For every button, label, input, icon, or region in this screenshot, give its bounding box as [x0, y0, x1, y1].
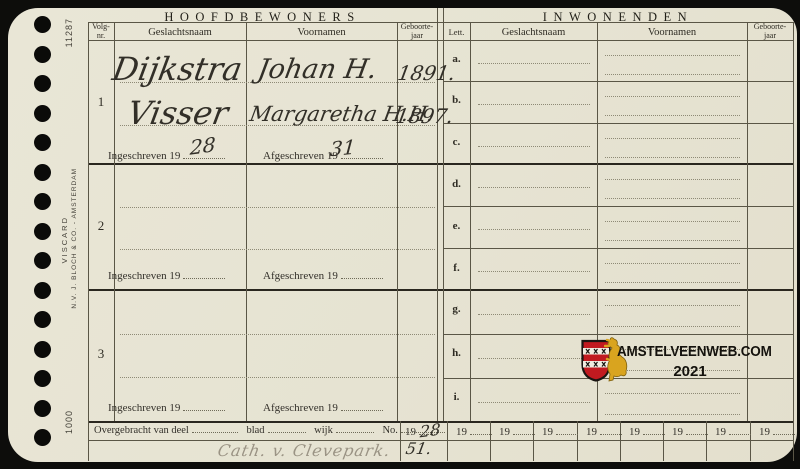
- register-card: 11287 1000 VISCARD N.V. J. BLOCH & CO. -…: [8, 8, 797, 462]
- year-cell-4: 19: [586, 426, 622, 438]
- serial-number-top: 11287: [64, 18, 74, 47]
- punch-hole: [34, 75, 51, 92]
- year-cell-2: 19: [499, 426, 535, 438]
- entry-1-geboortejaar: 1891.: [396, 61, 457, 85]
- address-pencil: Cath. v. Clevepark.: [216, 441, 392, 460]
- col-geslachtsnaam-right: Geslachtsnaam: [470, 27, 597, 38]
- overgebracht-row: Overgebracht van deel blad wijk No.: [94, 425, 445, 436]
- punch-hole: [34, 164, 51, 181]
- letter-g: g.: [443, 303, 470, 315]
- letter-c: c.: [443, 136, 470, 148]
- printer-company: N.V. J. BLOCH & CO. - AMSTERDAM: [71, 168, 78, 309]
- letter-h: h.: [443, 347, 470, 359]
- punch-hole: [34, 193, 51, 210]
- punch-hole: [34, 311, 51, 328]
- entry-2-geslachtsnaam: Visser: [125, 94, 232, 132]
- punch-hole: [34, 341, 51, 358]
- house-number: 51.: [404, 439, 433, 458]
- punch-hole: [34, 223, 51, 240]
- afgeschreven-label-2: Afgeschreven 19: [263, 270, 383, 282]
- row-number-2: 2: [88, 218, 114, 234]
- year-cell-7: 19: [715, 426, 751, 438]
- year-cell-8: 19: [759, 426, 795, 438]
- letter-d: d.: [443, 178, 470, 190]
- col-volgnr: Volg-nr.: [88, 23, 114, 40]
- afgeschreven-label-3: Afgeschreven 19: [263, 402, 383, 414]
- serial-number-bottom: 1000: [64, 410, 74, 434]
- afgeschreven-year-1: 31: [329, 135, 356, 162]
- year-cell-3: 19: [542, 426, 578, 438]
- ingeschreven-label-3: Ingeschreven 19: [108, 402, 225, 414]
- letter-i: i.: [443, 391, 470, 403]
- punch-hole: [34, 134, 51, 151]
- punch-holes: [34, 16, 51, 446]
- amstelveenweb-watermark: AMSTELVEENWEB.COM 2021: [581, 336, 791, 386]
- punch-hole: [34, 282, 51, 299]
- col-lett: Lett.: [443, 27, 470, 37]
- punch-hole: [34, 105, 51, 122]
- ingeschreven-year-1: 28: [189, 132, 216, 159]
- col-voornamen-left: Voornamen: [246, 27, 397, 38]
- col-geboortejaar-right: Geboorte-jaar: [747, 23, 793, 40]
- col-geslachtsnaam-left: Geslachtsnaam: [114, 27, 246, 38]
- row-number-3: 3: [88, 346, 114, 362]
- entry-2-geboortejaar: 1897.: [394, 104, 455, 128]
- punch-hole: [34, 400, 51, 417]
- punch-hole: [34, 252, 51, 269]
- afgeschreven-label-1: Afgeschreven 19: [263, 150, 383, 162]
- watermark-text: AMSTELVEENWEB.COM: [617, 344, 772, 360]
- year-cell-5: 19: [629, 426, 665, 438]
- watermark-year: 2021: [617, 363, 763, 380]
- year-cell-1: 19: [456, 426, 492, 438]
- entry-1-geslachtsnaam: Dijkstra: [110, 50, 246, 88]
- printer-brand: VISCARD: [60, 216, 69, 263]
- punch-hole: [34, 46, 51, 63]
- entry-1-voornamen: Johan H.: [255, 54, 379, 85]
- letter-f: f.: [443, 262, 470, 274]
- punch-hole: [34, 370, 51, 387]
- col-voornamen-right: Voornamen: [597, 27, 747, 38]
- letter-e: e.: [443, 220, 470, 232]
- row-number-1: 1: [88, 94, 114, 110]
- punch-hole: [34, 16, 51, 33]
- year-cell-6: 19: [672, 426, 708, 438]
- transfer-year-value: 28: [420, 420, 441, 442]
- punch-hole: [34, 429, 51, 446]
- ingeschreven-label-2: Ingeschreven 19: [108, 270, 225, 282]
- col-geboortejaar-left: Geboorte-jaar: [397, 23, 437, 40]
